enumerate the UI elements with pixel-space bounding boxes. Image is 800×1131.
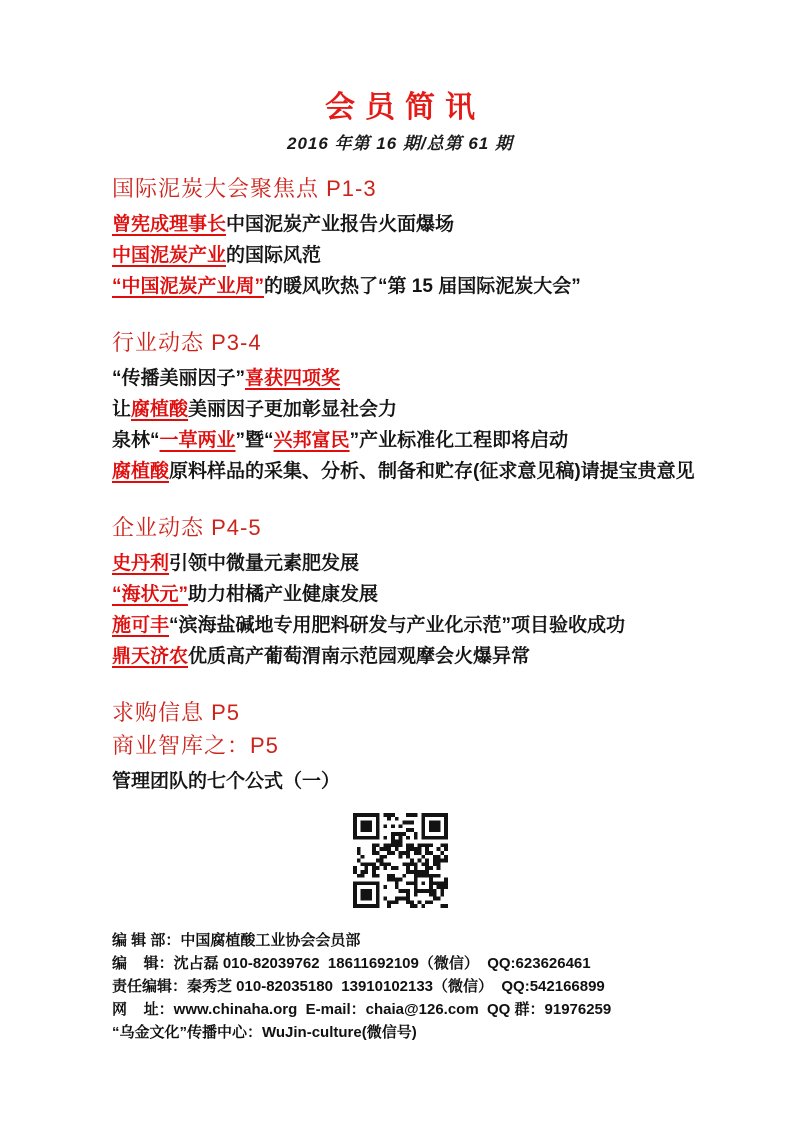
page-title: 会员简讯 xyxy=(0,0,800,126)
section-heading: 求购信息 P5 xyxy=(112,700,710,726)
toc-item: 中国泥炭产业的国际风范 xyxy=(112,240,710,271)
section-heading: 企业动态 P4-5 xyxy=(112,515,710,541)
table-of-contents: 国际泥炭大会聚焦点 P1-3曾宪成理事长中国泥炭产业报告火面爆场中国泥炭产业的国… xyxy=(0,176,800,797)
toc-section: 企业动态 P4-5史丹利引领中微量元素肥发展“海状元”助力柑橘产业健康发展施可丰… xyxy=(112,515,710,672)
toc-item-highlight: 中国泥炭产业 xyxy=(112,245,226,266)
toc-item-text: 泉林“ xyxy=(112,430,160,451)
toc-item-highlight: 兴邦富民 xyxy=(274,430,350,451)
footer-line: 编 辑 部：中国腐植酸工业协会会员部 xyxy=(112,929,800,952)
toc-item-highlight: 腐植酸 xyxy=(112,461,169,482)
toc-item-text: 的国际风范 xyxy=(226,245,321,266)
toc-item-text: 管理团队的七个公式（一） xyxy=(112,771,340,792)
footer-line: 编 辑：沈占磊 010-82039762 18611692109（微信） QQ:… xyxy=(112,952,800,975)
toc-item-highlight: 一草两业 xyxy=(160,430,236,451)
toc-section: 国际泥炭大会聚焦点 P1-3曾宪成理事长中国泥炭产业报告火面爆场中国泥炭产业的国… xyxy=(112,176,710,302)
issue-line: 2016 年第 16 期/总第 61 期 xyxy=(0,134,800,154)
footer-line: 责任编辑：秦秀芝 010-82035180 13910102133（微信） QQ… xyxy=(112,975,800,998)
section-heading: 行业动态 P3-4 xyxy=(112,330,710,356)
toc-item: “海状元”助力柑橘产业健康发展 xyxy=(112,579,710,610)
toc-item: 让腐植酸美丽因子更加彰显社会力 xyxy=(112,394,710,425)
toc-item-highlight: 施可丰 xyxy=(112,615,169,636)
toc-item-highlight: 喜获四项奖 xyxy=(245,368,340,389)
toc-item-text: 优质高产葡萄渭南示范园观摩会火爆异常 xyxy=(188,646,530,667)
toc-item-text: “传播美丽因子” xyxy=(112,368,245,389)
toc-item-highlight: “中国泥炭产业周” xyxy=(112,276,264,297)
toc-item: 史丹利引领中微量元素肥发展 xyxy=(112,548,710,579)
toc-item-text: 让 xyxy=(112,399,131,420)
toc-item-text: 的暖风吹热了“第 15 届国际泥炭大会” xyxy=(264,276,581,297)
section-heading: 商业智库之：P5 xyxy=(112,733,710,759)
toc-item-text: “滨海盐碱地专用肥料研发与产业化示范”项目验收成功 xyxy=(169,615,625,636)
toc-item: “传播美丽因子”喜获四项奖 xyxy=(112,363,710,394)
toc-item: 腐植酸原料样品的采集、分析、制备和贮存(征求意见稿)请提宝贵意见 xyxy=(112,456,710,487)
toc-item-highlight: “海状元” xyxy=(112,584,188,605)
toc-item: 管理团队的七个公式（一） xyxy=(112,766,710,797)
toc-item-text: 美丽因子更加彰显社会力 xyxy=(188,399,397,420)
toc-item-highlight: 腐植酸 xyxy=(131,399,188,420)
toc-section: 行业动态 P3-4“传播美丽因子”喜获四项奖让腐植酸美丽因子更加彰显社会力泉林“… xyxy=(112,330,710,487)
toc-item: 曾宪成理事长中国泥炭产业报告火面爆场 xyxy=(112,209,710,240)
qr-code-icon xyxy=(353,813,448,908)
qr-code-block xyxy=(0,813,800,913)
footer-contact: 编 辑 部：中国腐植酸工业协会会员部编 辑：沈占磊 010-82039762 1… xyxy=(0,929,800,1044)
toc-item: 泉林“一草两业”暨“兴邦富民”产业标准化工程即将启动 xyxy=(112,425,710,456)
toc-item-text: 中国泥炭产业报告火面爆场 xyxy=(226,214,454,235)
toc-item-text: ”暨“ xyxy=(236,430,274,451)
toc-item-text: ”产业标准化工程即将启动 xyxy=(350,430,569,451)
toc-item-text: 原料样品的采集、分析、制备和贮存(征求意见稿)请提宝贵意见 xyxy=(169,461,695,482)
toc-item-highlight: 曾宪成理事长 xyxy=(112,214,226,235)
toc-item-highlight: 史丹利 xyxy=(112,553,169,574)
toc-item-highlight: 鼎天济农 xyxy=(112,646,188,667)
toc-item-text: 引领中微量元素肥发展 xyxy=(169,553,359,574)
toc-item: 施可丰“滨海盐碱地专用肥料研发与产业化示范”项目验收成功 xyxy=(112,610,710,641)
section-heading: 国际泥炭大会聚焦点 P1-3 xyxy=(112,176,710,202)
toc-item: 鼎天济农优质高产葡萄渭南示范园观摩会火爆异常 xyxy=(112,641,710,672)
toc-section: 求购信息 P5商业智库之：P5管理团队的七个公式（一） xyxy=(112,700,710,797)
toc-item-text: 助力柑橘产业健康发展 xyxy=(188,584,378,605)
footer-line: 网 址：www.chinaha.org E-mail：chaia@126.com… xyxy=(112,998,800,1021)
footer-line: “乌金文化”传播中心：WuJin-culture(微信号) xyxy=(112,1021,800,1044)
newsletter-page: 会员简讯 2016 年第 16 期/总第 61 期 国际泥炭大会聚焦点 P1-3… xyxy=(0,0,800,1131)
toc-item: “中国泥炭产业周”的暖风吹热了“第 15 届国际泥炭大会” xyxy=(112,271,710,302)
